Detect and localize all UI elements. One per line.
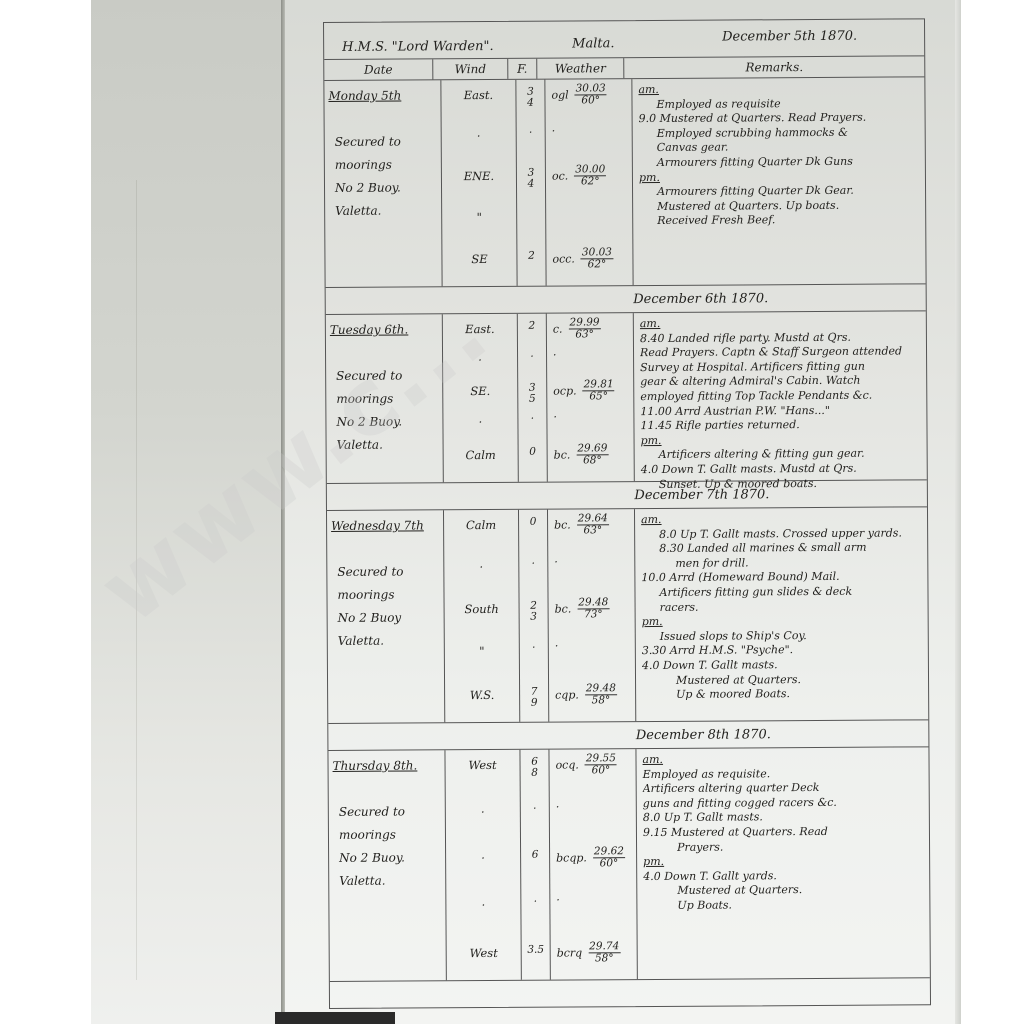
location-line: No 2 Buoy. [330,410,438,434]
temperature-value: 65° [589,391,608,402]
temperature-value: 63° [584,525,603,536]
wind-force: 68 [520,754,548,779]
station-name: Malta. [572,36,682,58]
remark-line: 8.0 Up T. Gallt masts. Crossed upper yar… [641,526,921,542]
location-line: No 2 Buoy [332,606,440,630]
force-cell: 68·6·3.5 [520,750,550,980]
wind-direction: West [447,946,521,960]
day-name: Monday 5th [328,86,436,105]
temperature-value: 68° [583,455,602,466]
weather-code: ogl [551,89,568,102]
wind-force: 2 [518,318,546,332]
header-force: F. [508,59,537,79]
weather-code: cqp. [555,688,579,701]
weather-reading: oc.30.0062° [546,164,632,188]
force-value: · [533,803,536,814]
wind-force: · [519,556,547,570]
log-title-row: H.M.S. "Lord Warden". Malta. December 5t… [324,19,924,60]
page-edge [955,0,961,1024]
temperature-value: 58° [592,695,611,706]
weather-code: · [555,640,559,653]
remark-line: Read Prayers. Captn & Staff Surgeon atte… [640,345,920,361]
location-line: Secured to [330,364,438,388]
force-value: 6 [532,850,539,861]
wind-direction: ENE. [442,169,516,183]
weather-reading: · [546,124,632,138]
wind-direction: Calm [444,448,518,462]
date-cell: Wednesday 7thSecured tomooringsNo 2 Buoy… [327,510,445,723]
weather-reading [546,205,632,206]
date-band: December 6th 1870. [326,284,926,315]
wind-cell: East.·ENE."SE [441,80,517,286]
wind-direction: · [446,897,520,911]
force-value: 3.5 [527,945,544,956]
weather-code: bcqp. [556,851,587,864]
day-name: Wednesday 7th [331,516,439,535]
force-value-alt: 9 [531,698,538,709]
log-table: H.M.S. "Lord Warden". Malta. December 5t… [323,18,931,1009]
weather-reading: c.29.9963° [547,317,633,341]
day-entries: Monday 5thSecured tomooringsNo 2 Buoy.Va… [324,77,929,982]
wind-force: 0 [519,514,547,528]
wind-force: · [518,349,546,363]
wind-force: 23 [520,598,548,623]
wind-force: 35 [518,380,546,405]
ship-name: H.M.S. "Lord Warden". [324,38,572,59]
day-name: Tuesday 6th. [330,320,438,339]
force-value: 2 [528,321,535,332]
remark-line: Up & moored Boats. [642,686,922,702]
location-line: Secured to [331,560,439,584]
temperature-value: 60° [592,765,611,776]
wind-direction: East. [441,88,515,102]
weather-reading: occ.30.0362° [546,247,632,271]
force-value: · [534,896,537,907]
location-line: Secured to [333,800,441,824]
location-line: No 2 Buoy. [333,846,441,870]
weather-reading: ocq.29.5560° [549,753,635,777]
header-weather: Weather [537,58,624,79]
wind-cell: East.·SE.·Calm [443,314,519,482]
weather-reading: · [548,555,634,569]
weather-code: bc. [554,448,571,461]
weather-reading: · [549,639,635,653]
temperature-value: 73° [584,609,603,620]
weather-reading: bcrq29.7458° [551,941,637,965]
force-cell: 2·35·0 [518,314,548,482]
wind-force [517,205,545,219]
force-value: · [532,559,535,570]
location-line: Valetta. [331,433,439,457]
wind-force: 34 [516,84,544,109]
wind-force: 3.5 [522,942,550,956]
force-value-alt: 3 [530,612,537,623]
weather-reading: · [547,410,633,424]
wind-direction: East. [443,322,517,336]
weather-reading: · [550,893,636,907]
day-entry: Thursday 8th.Secured tomooringsNo 2 Buoy… [328,747,929,982]
date-cell: Monday 5thSecured tomooringsNo 2 Buoy.Va… [324,80,442,287]
date-cell: Thursday 8th.Secured tomooringsNo 2 Buoy… [328,750,446,981]
wind-direction: · [443,353,517,367]
temperature-value: 62° [581,176,600,187]
weather-reading: ogl30.0360° [545,83,631,107]
remarks-cell: am.8.0 Up T. Gallt masts. Crossed upper … [635,507,928,721]
remark-line: 8.40 Landed rifle party. Mustd at Qrs. [640,330,920,346]
force-value-alt: 4 [528,179,535,190]
header-remarks: Remarks. [624,56,924,78]
force-value: · [530,352,533,363]
date-band: December 8th 1870. [328,720,928,751]
weather-reading: bc.29.6463° [548,513,634,537]
day-name: Thursday 8th. [332,756,440,775]
wind-direction: · [443,415,517,429]
wind-direction: · [446,851,520,865]
wind-direction: Calm [444,518,518,532]
force-cell: 34·342 [516,80,546,286]
weather-reading: bc.29.6968° [548,443,634,467]
weather-code: oc. [552,170,568,183]
weather-reading: cqp.29.4858° [549,683,635,707]
weather-cell: c.29.9963°·ocp.29.8165°·bc.29.6968° [547,313,635,482]
wind-force: 2 [517,248,545,262]
wind-force: · [517,124,545,138]
header-date: Date [324,59,433,80]
wind-direction: SE [442,252,516,266]
weather-cell: bc.29.6463°·bc.29.4873°·cqp.29.4858° [548,509,636,722]
location-line: No 2 Buoy. [329,176,437,200]
weather-cell: ocq.29.5560°·bcqp.29.6260°·bcrq29.7458° [549,749,637,980]
wind-direction: W.S. [445,688,519,702]
location-line: moorings [331,583,439,607]
wind-direction: " [442,209,516,223]
temperature-value: 58° [595,953,614,964]
location-line: Secured to [329,130,437,154]
remark-line: Up Boats. [643,897,923,913]
wind-force: · [521,800,549,814]
day-entry: Monday 5thSecured tomooringsNo 2 Buoy.Va… [324,77,925,288]
wind-direction: · [444,560,518,574]
remark-line: Received Fresh Beef. [639,213,919,229]
weather-code: occ. [552,252,575,265]
location-line: Valetta. [333,869,441,893]
day-entry: Wednesday 7thSecured tomooringsNo 2 Buoy… [327,507,928,724]
remarks-cell: am.Employed as requisite.Artificers alte… [636,747,929,979]
weather-code: c. [553,323,563,336]
weather-code: · [553,349,557,362]
weather-code: ocq. [556,758,579,771]
weather-reading: bc.29.4873° [549,597,635,621]
force-value: 0 [530,517,537,528]
weather-code: ocp. [553,384,576,397]
weather-code: · [556,800,560,813]
remark-line: am. [640,315,920,331]
weather-code: bcrq [557,946,583,959]
wind-force: 34 [517,165,545,190]
wind-force: 0 [519,444,547,458]
wind-force: 79 [520,684,548,709]
temperature-value: 62° [588,259,607,270]
force-value: 2 [528,251,535,262]
force-value-alt: 8 [531,768,538,779]
wind-force: 6 [521,847,549,861]
force-value: · [531,414,534,425]
location-line: Valetta. [332,629,440,653]
header-wind: Wind [433,59,508,79]
wind-cell: Calm·South"W.S. [444,510,520,722]
date-cell: Tuesday 6th.Secured tomooringsNo 2 Buoy.… [326,314,444,483]
location-line: moorings [329,153,437,177]
temperature-value: 63° [575,329,594,340]
location-line: moorings [333,823,441,847]
force-value-alt: 5 [529,394,536,405]
book-cover-edge [275,1012,395,1024]
wind-direction: SE. [443,384,517,398]
force-cell: 0·23·79 [519,510,549,722]
wind-force: · [520,640,548,654]
day-entry: Tuesday 6th.Secured tomooringsNo 2 Buoy.… [326,311,927,484]
wind-direction: · [442,128,516,142]
weather-code: bc. [555,602,572,615]
left-page-ruling [136,180,137,980]
force-value-alt: 4 [527,98,534,109]
wind-direction: South [445,602,519,616]
remarks-cell: am.Employed as requisite9.0 Mustered at … [632,77,925,285]
location-line: moorings [330,387,438,411]
weather-reading: · [550,800,636,814]
log-date: December 5th 1870. [682,28,924,56]
weather-code: · [554,556,558,569]
wind-force: · [518,411,546,425]
left-page [91,0,283,1024]
weather-cell: ogl30.0360°·oc.30.0062°occ.30.0362° [545,79,633,286]
wind-cell: West···West [445,750,521,980]
weather-code: · [556,893,560,906]
remark-line: Sunset. Up & moored boats. [641,476,921,492]
weather-code: bc. [554,518,571,531]
wind-direction: West [445,758,519,772]
remarks-cell: am.8.40 Landed rifle party. Mustd at Qrs… [634,311,927,481]
temperature-value: 60° [581,95,600,106]
temperature-value: 60° [600,858,619,869]
wind-force: · [521,893,549,907]
force-value: · [532,643,535,654]
weather-code: · [552,124,556,137]
weather-reading: bcqp.29.6260° [550,846,636,870]
weather-reading: · [547,348,633,362]
wind-direction: · [446,804,520,818]
force-value: · [529,127,532,138]
weather-code: · [553,411,557,424]
location-line: Valetta. [329,199,437,223]
force-value: 0 [529,447,536,458]
wind-direction: " [445,644,519,658]
weather-reading: ocp.29.8165° [547,379,633,403]
